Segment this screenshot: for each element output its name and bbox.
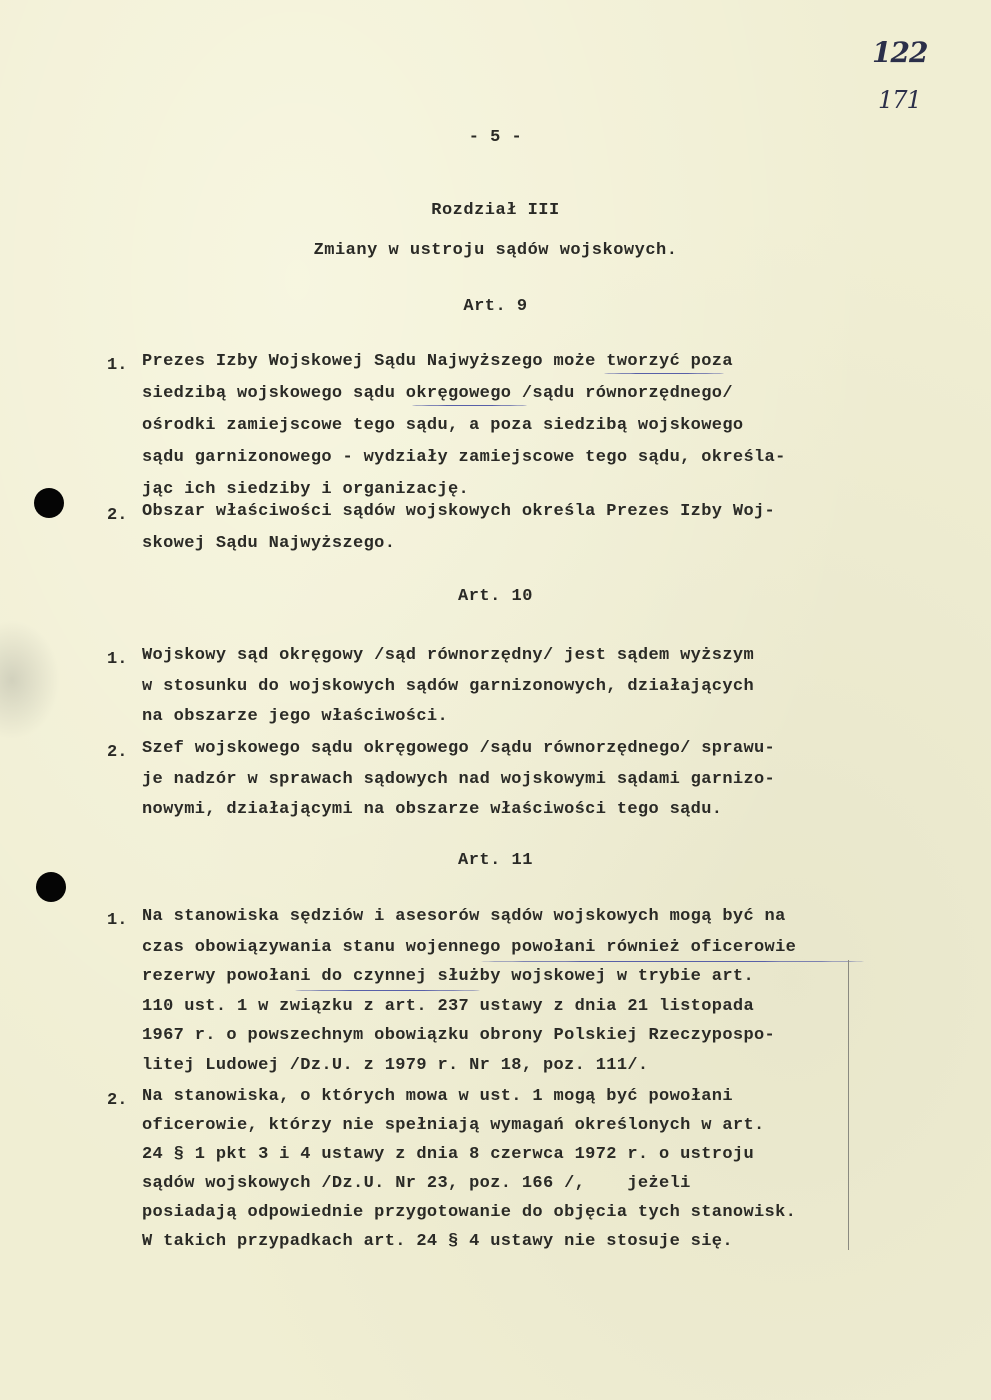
paragraph-number: 2. [107,1091,127,1110]
punch-hole [34,488,64,518]
pen-underline [604,373,724,374]
text-line: rezerwy powołani do czynnej służby wojsk… [142,967,754,986]
text-line: W takich przypadkach art. 24 § 4 ustawy … [142,1232,733,1251]
text-line: Na stanowiska, o których mowa w ust. 1 m… [142,1087,733,1106]
text-line: w stosunku do wojskowych sądów garnizono… [142,677,754,696]
text-line: 24 § 1 pkt 3 i 4 ustawy z dnia 8 czerwca… [142,1145,754,1164]
article-heading: Art. 10 [0,587,991,606]
page-number: - 5 - [0,128,991,147]
text-line: Wojskowy sąd okręgowy /sąd równorzędny/ … [142,646,754,665]
text-line: posiadają odpowiednie przygotowanie do o… [142,1203,796,1222]
text-line: Na stanowiska sędziów i asesorów sądów w… [142,907,786,926]
margin-line [848,960,849,1250]
paragraph-number: 1. [107,650,127,669]
text-line: sądów wojskowych /Dz.U. Nr 23, poz. 166 … [142,1174,691,1193]
text-line: 110 ust. 1 w związku z art. 237 ustawy z… [142,997,754,1016]
text-line: Prezes Izby Wojskowej Sądu Najwyższego m… [142,352,733,371]
text-line: skowej Sądu Najwyższego. [142,534,395,553]
article-heading: Art. 11 [0,851,991,870]
chapter-title: Rozdział III [0,201,991,220]
text-line: je nadzór w sprawach sądowych nad wojsko… [142,770,775,789]
paragraph-number: 1. [107,911,127,930]
pen-underline [480,961,865,962]
chapter-subtitle: Zmiany w ustroju sądów wojskowych. [0,241,991,260]
handwritten-folio-number: 122 [872,36,927,69]
text-line: na obszarze jego właściwości. [142,707,448,726]
paragraph-number: 2. [107,743,127,762]
text-line: oficerowie, którzy nie spełniają wymagań… [142,1116,765,1135]
paper-stain [0,620,60,740]
punch-hole [36,872,66,902]
text-line: sądu garnizonowego - wydziały zamiejscow… [142,448,786,467]
article-heading: Art. 9 [0,297,991,316]
pen-underline [412,405,527,406]
text-line: Szef wojskowego sądu okręgowego /sądu ró… [142,739,775,758]
paragraph-number: 1. [107,356,127,375]
paragraph-number: 2. [107,506,127,525]
text-line: litej Ludowej /Dz.U. z 1979 r. Nr 18, po… [142,1056,648,1075]
handwritten-folio-number: 171 [878,86,921,114]
text-line: nowymi, działającymi na obszarze właściw… [142,800,722,819]
text-line: czas obowiązywania stanu wojennego powoł… [142,938,796,957]
text-line: ośrodki zamiejscowe tego sądu, a poza si… [142,416,743,435]
text-line: Obszar właściwości sądów wojskowych okre… [142,502,775,521]
text-line: 1967 r. o powszechnym obowiązku obrony P… [142,1026,775,1045]
pen-underline [295,990,480,991]
text-line: siedzibą wojskowego sądu okręgowego /sąd… [142,384,733,403]
text-line: jąc ich siedziby i organizację. [142,480,469,499]
